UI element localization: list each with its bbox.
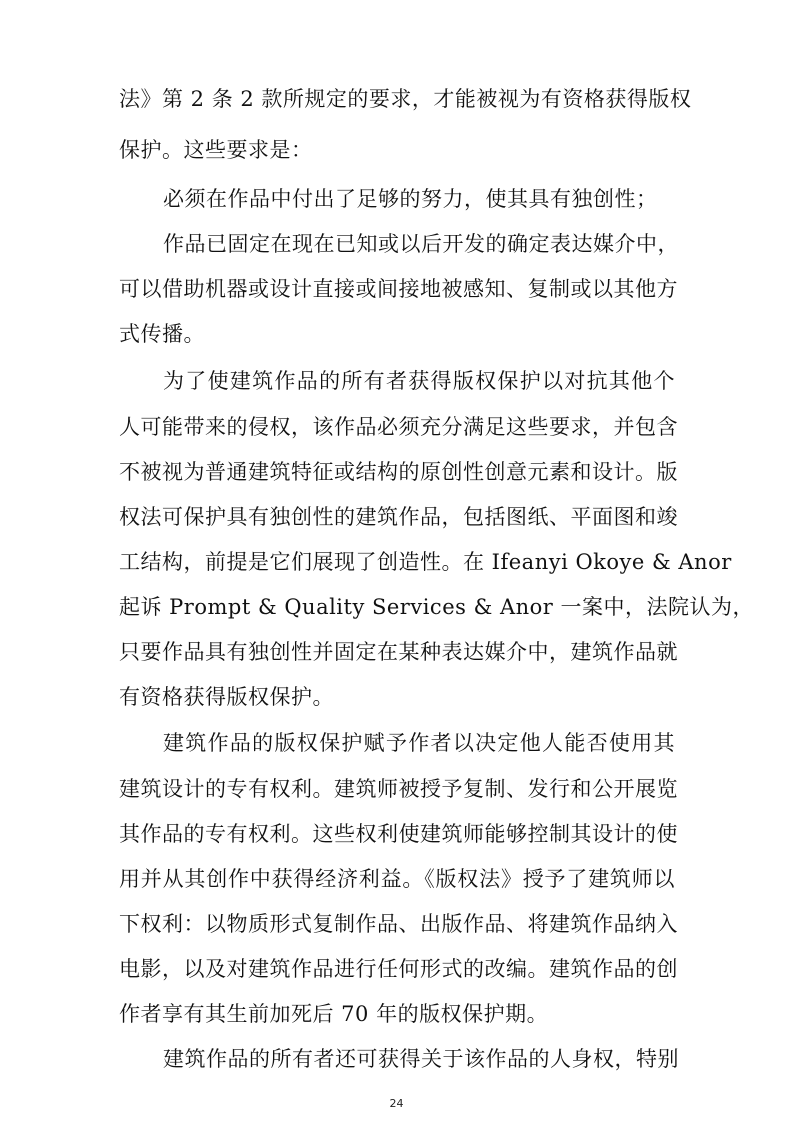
text-line: 起诉 Prompt & Quality Services & Anor 一案中，… (119, 594, 675, 620)
text-line: 有资格获得版权保护。 (119, 684, 675, 710)
text-line: 式传播。 (119, 321, 675, 347)
text-line: 建筑作品的所有者还可获得关于该作品的人身权，特别 (163, 1046, 675, 1072)
text-line: 电影，以及对建筑作品进行任何形式的改编。建筑作品的创 (119, 956, 675, 982)
text-line: 法》第 2 条 2 款所规定的要求，才能被视为有资格获得版权 (119, 86, 675, 112)
text-line: 用并从其创作中获得经济利益。《版权法》授予了建筑师以 (119, 866, 675, 892)
text-line: 下权利：以物质形式复制作品、出版作品、将建筑作品纳入 (119, 911, 675, 937)
text-line: 建筑设计的专有权利。建筑师被授予复制、发行和公开展览 (119, 776, 675, 802)
text-line: 工结构，前提是它们展现了创造性。在 Ifeanyi Okoye & Anor (119, 549, 675, 575)
text-line: 保护。这些要求是： (119, 137, 675, 163)
text-line: 必须在作品中付出了足够的努力，使其具有独创性； (163, 186, 675, 212)
text-line: 只要作品具有独创性并固定在某种表达媒介中，建筑作品就 (119, 639, 675, 665)
text-line: 为了使建筑作品的所有者获得版权保护以对抗其他个 (163, 368, 675, 394)
text-line: 人可能带来的侵权，该作品必须充分满足这些要求，并包含 (119, 414, 675, 440)
page-number: 24 (0, 1097, 793, 1110)
text-line: 权法可保护具有独创性的建筑作品，包括图纸、平面图和竣 (119, 504, 675, 530)
document-page: 法》第 2 条 2 款所规定的要求，才能被视为有资格获得版权保护。这些要求是：必… (0, 0, 793, 1122)
text-line: 作者享有其生前加死后 70 年的版权保护期。 (119, 1001, 675, 1027)
text-line: 作品已固定在现在已知或以后开发的确定表达媒介中， (163, 231, 675, 257)
text-line: 其作品的专有权利。这些权利使建筑师能够控制其设计的使 (119, 821, 675, 847)
text-line: 建筑作品的版权保护赋予作者以决定他人能否使用其 (163, 730, 675, 756)
text-line: 可以借助机器或设计直接或间接地被感知、复制或以其他方 (119, 276, 675, 302)
text-line: 不被视为普通建筑特征或结构的原创性创意元素和设计。版 (119, 459, 675, 485)
